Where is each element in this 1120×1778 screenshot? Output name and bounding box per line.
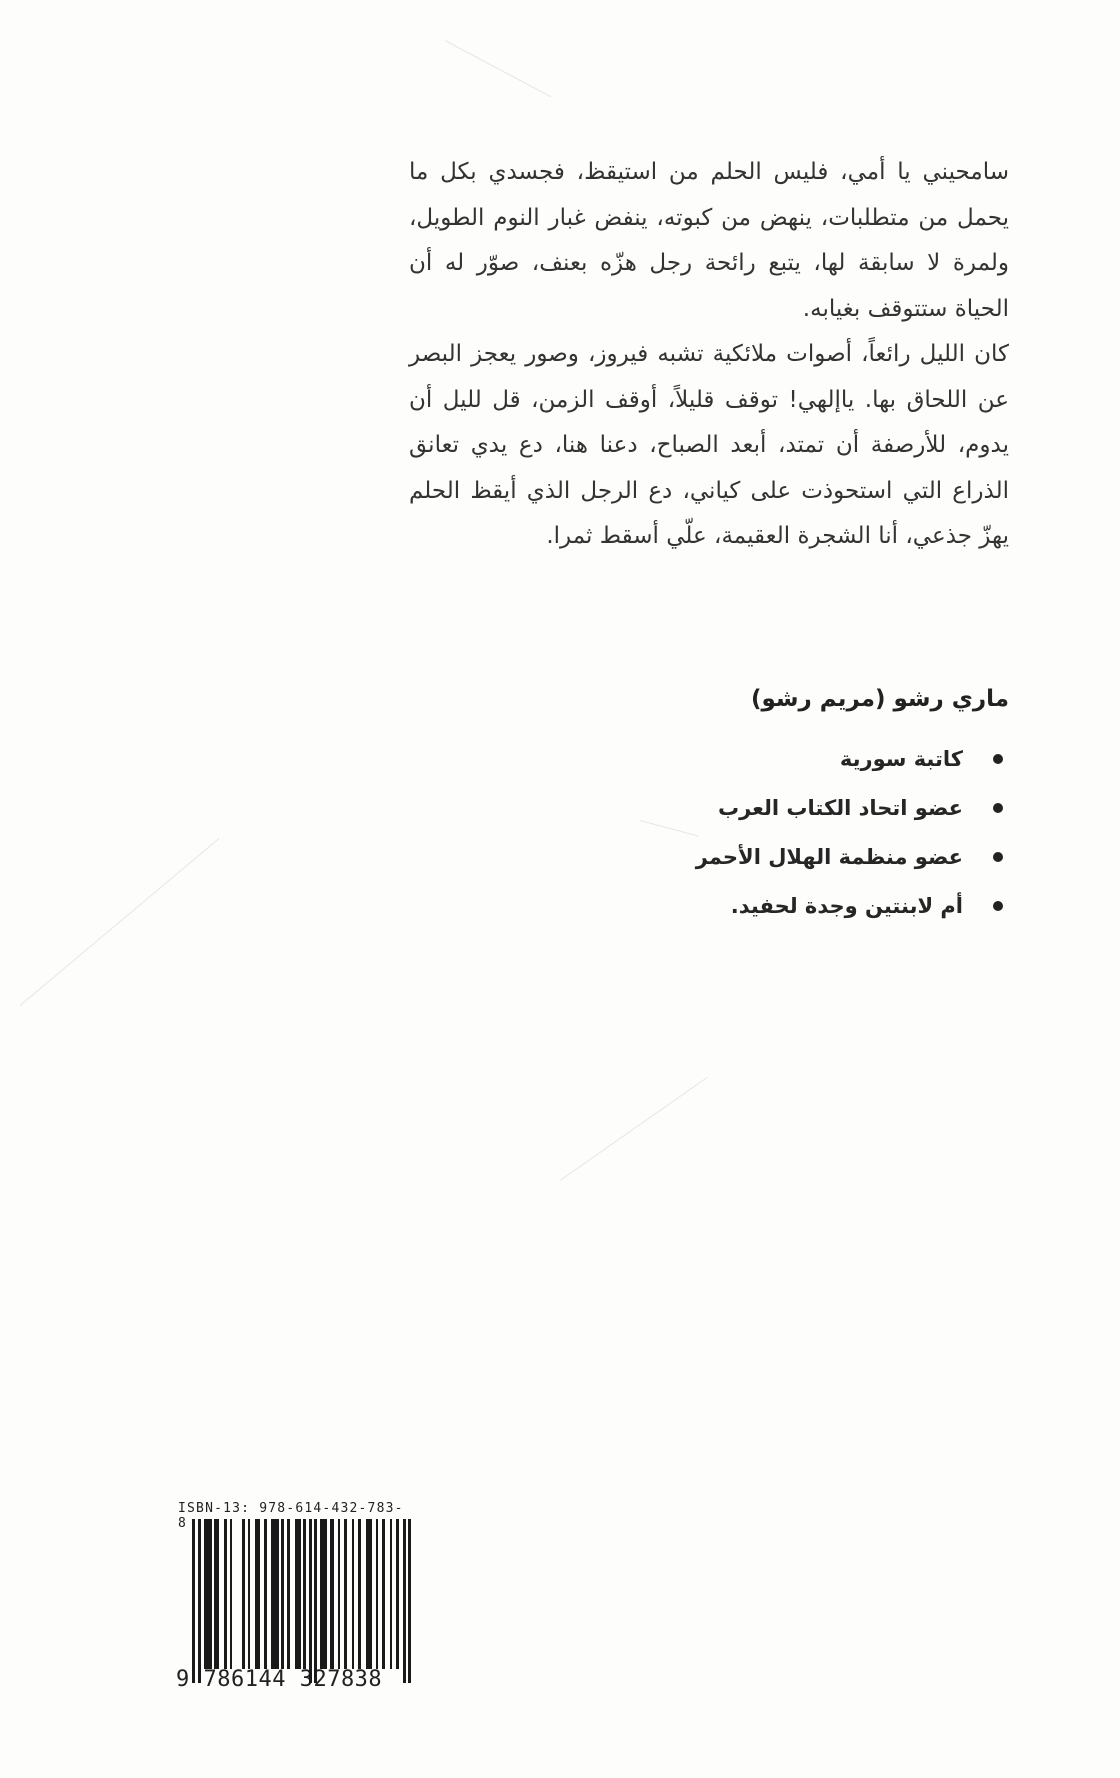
bullet-icon — [993, 803, 1003, 813]
blurb-paragraph-1: سامحيني يا أمي، فليس الحلم من استيقظ، فج… — [409, 150, 1009, 332]
scan-scratch — [445, 40, 551, 97]
scan-scratch — [560, 1077, 708, 1181]
isbn-barcode: ISBN-13: 978-614-432-783-8 9 786144 3278… — [176, 1501, 412, 1692]
blurb-paragraph-2: كان الليل رائعاً، أصوات ملائكية تشبه فير… — [409, 332, 1009, 560]
bio-item-text: أم لابنتين وجدة لحفيد. — [731, 894, 963, 918]
author-bio-list: كاتبة سورية عضو اتحاد الكتاب العرب عضو م… — [696, 734, 1009, 930]
bio-item: أم لابنتين وجدة لحفيد. — [696, 881, 1009, 930]
scan-scratch — [20, 838, 220, 1006]
bio-item-text: عضو منظمة الهلال الأحمر — [696, 845, 963, 869]
bio-item-text: كاتبة سورية — [840, 747, 963, 771]
bullet-icon — [993, 754, 1003, 764]
bullet-icon — [993, 901, 1003, 911]
bio-item: عضو منظمة الهلال الأحمر — [696, 832, 1009, 881]
scan-scratch — [640, 820, 698, 836]
isbn-digits: 9 786144 327838 — [176, 1667, 412, 1692]
bio-item: عضو اتحاد الكتاب العرب — [696, 783, 1009, 832]
author-name: ماري رشو (مريم رشو) — [751, 686, 1009, 712]
bullet-icon — [993, 852, 1003, 862]
isbn-label: ISBN-13: 978-614-432-783-8 — [178, 1501, 412, 1519]
barcode-icon — [192, 1519, 412, 1669]
bio-item-text: عضو اتحاد الكتاب العرب — [718, 796, 963, 820]
bio-item: كاتبة سورية — [696, 734, 1009, 783]
back-cover-blurb: سامحيني يا أمي، فليس الحلم من استيقظ، فج… — [409, 150, 1009, 560]
